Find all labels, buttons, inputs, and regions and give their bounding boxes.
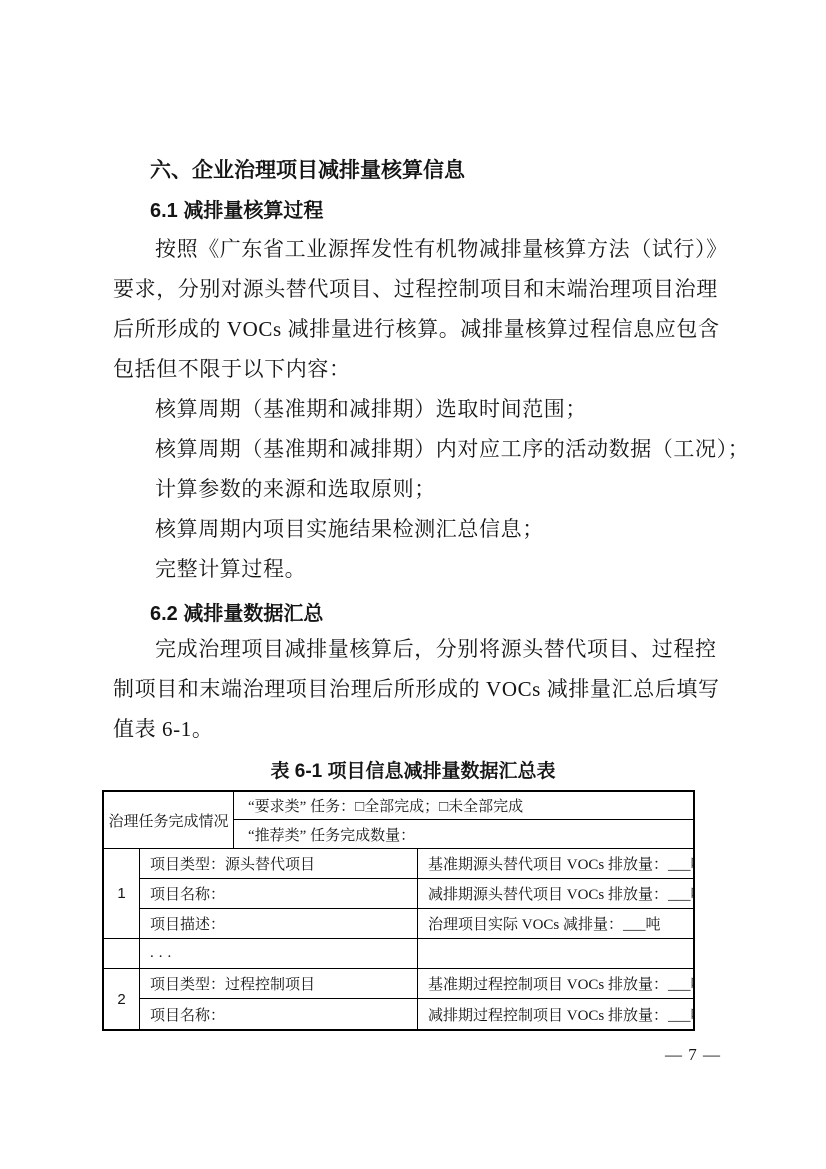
list-item-line: 核算周期（基准期和减排期）选取时间范围； bbox=[155, 393, 587, 423]
page-title: 六、企业治理项目减排量核算信息 bbox=[150, 154, 465, 184]
reduction-period-emission-cell: 减排期过程控制项目 VOCs 排放量：___吨 bbox=[418, 999, 693, 1029]
ellipsis-cell: ... bbox=[140, 939, 418, 969]
section-6-1-title: 6.1 减排量核算过程 bbox=[150, 194, 323, 223]
baseline-emission-cell: 基准期源头替代项目 VOCs 排放量：___吨 bbox=[418, 849, 693, 879]
project-name-cell: 项目名称： bbox=[140, 879, 418, 909]
list-item-line: 核算周期（基准期和减排期）内对应工序的活动数据（工况）； bbox=[155, 433, 749, 463]
project-type-cell: 项目类型：过程控制项目 bbox=[140, 969, 418, 999]
summary-table: 治理任务完成情况 “要求类” 任务：□全部完成；□未全部完成 “推荐类” 任务完… bbox=[102, 790, 695, 1031]
paragraph-line: 制项目和末端治理项目治理后所形成的 VOCs 减排量汇总后填写 bbox=[113, 673, 720, 703]
list-item-line: 核算周期内项目实施结果检测汇总信息； bbox=[155, 513, 544, 543]
task-status-label-cell: 治理任务完成情况 bbox=[104, 792, 234, 848]
page-number: — 7 — bbox=[628, 1045, 758, 1065]
project-type-cell: 项目类型：源头替代项目 bbox=[140, 849, 418, 879]
project-description-cell: 项目描述： bbox=[140, 909, 418, 939]
actual-reduction-cell: 治理项目实际 VOCs 减排量：___吨 bbox=[418, 909, 693, 939]
row-number-cell: 2 bbox=[104, 969, 140, 1029]
empty-cell bbox=[418, 939, 693, 969]
paragraph-line: 包括但不限于以下内容： bbox=[113, 353, 351, 383]
table-caption: 表 6-1 项目信息减排量数据汇总表 bbox=[0, 756, 826, 783]
paragraph-line: 后所形成的 VOCs 减排量进行核算。减排量核算过程信息应包含 bbox=[113, 313, 720, 343]
project-name-cell: 项目名称： bbox=[140, 999, 418, 1029]
paragraph-line: 值表 6-1。 bbox=[113, 713, 213, 743]
row-number-cell-empty bbox=[104, 939, 140, 969]
table-body: 1 项目类型：源头替代项目 基准期源头替代项目 VOCs 排放量：___吨 项目… bbox=[104, 849, 693, 1029]
recommended-tasks-cell: “推荐类” 任务完成数量： bbox=[234, 820, 693, 848]
paragraph-line: 按照《广东省工业源挥发性有机物减排量核算方法（试行）》 bbox=[155, 233, 728, 263]
paragraph-line: 完成治理项目减排量核算后，分别将源头替代项目、过程控 bbox=[155, 633, 717, 663]
row-number-cell: 1 bbox=[104, 849, 140, 939]
document-page: 六、企业治理项目减排量核算信息 6.1 减排量核算过程 按照《广东省工业源挥发性… bbox=[0, 0, 826, 1169]
list-item-line: 完整计算过程。 bbox=[155, 553, 306, 583]
baseline-emission-cell: 基准期过程控制项目 VOCs 排放量：___吨 bbox=[418, 969, 693, 999]
table-header: 治理任务完成情况 “要求类” 任务：□全部完成；□未全部完成 “推荐类” 任务完… bbox=[104, 792, 693, 849]
section-6-2-title: 6.2 减排量数据汇总 bbox=[150, 597, 323, 626]
list-item-line: 计算参数的来源和选取原则； bbox=[155, 473, 436, 503]
reduction-period-emission-cell: 减排期源头替代项目 VOCs 排放量：___吨 bbox=[418, 879, 693, 909]
paragraph-line: 要求，分别对源头替代项目、过程控制项目和末端治理项目治理 bbox=[113, 273, 718, 303]
required-tasks-cell: “要求类” 任务：□全部完成；□未全部完成 bbox=[234, 792, 693, 820]
